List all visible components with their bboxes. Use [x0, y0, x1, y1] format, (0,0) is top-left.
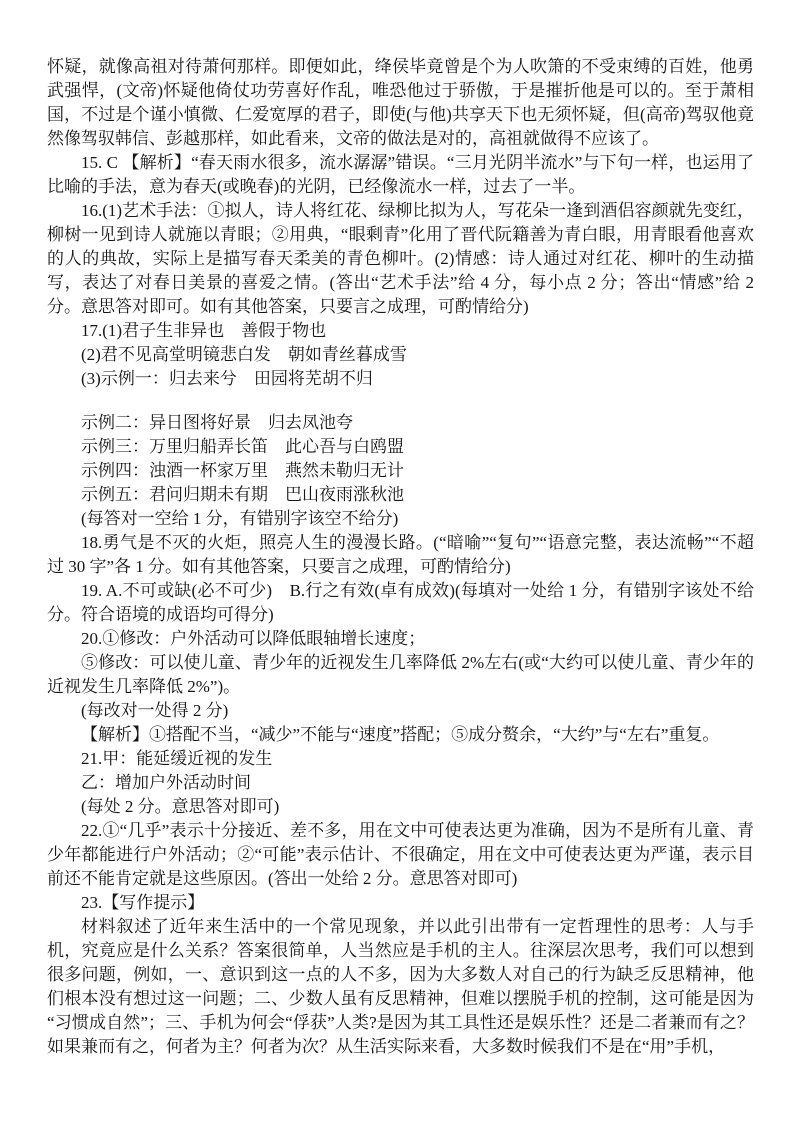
paragraph-answer-17-3-example-1: (3)示例一：归去来兮 田园将芜胡不归 — [47, 367, 754, 391]
paragraph-answer-17-3-example-4: 示例四：浊酒一杯家万里 燕然未勒归无计 — [47, 459, 754, 483]
paragraph-answer-17-3-example-3: 示例三：万里归船弄长笛 此心吾与白鸥盟 — [47, 435, 754, 459]
paragraph-answer-17-1: 17.(1)君子生非异也 善假于物也 — [47, 319, 754, 343]
paragraph-answer-17-2: (2)君不见高堂明镜悲白发 朝如青丝暮成雪 — [47, 343, 754, 367]
paragraph-answer-18: 18.勇气是不灭的火炬，照亮人生的漫漫长路。(“暗喻”“复句”“语意完整，表达流… — [47, 531, 754, 579]
paragraph-answer-20-analysis: 【解析】①搭配不当，“减少”不能与“速度”搭配；⑤成分赘余，“大约”与“左右”重… — [47, 723, 754, 747]
paragraph-answer-17-3-example-5: 示例五：君问归期未有期 巴山夜雨涨秋池 — [47, 483, 754, 507]
paragraph-translation-continuation: 怀疑，就像高祖对待萧何那样。即便如此，绛侯毕竟曾是个为人吹箫的不受束缚的百姓，他… — [47, 55, 754, 151]
paragraph-answer-22: 22.①“几乎”表示十分接近、差不多，用在文中可使表达更为准确，因为不是所有儿童… — [47, 819, 754, 891]
paragraph-answer-16: 16.(1)艺术手法：①拟人，诗人将红花、绿柳比拟为人，写花朵一逢到酒侣容颜就先… — [47, 199, 754, 319]
paragraph-answer-21-yi: 乙：增加户外活动时间 — [47, 771, 754, 795]
paragraph-answer-20-revision-1: 20.①修改：户外活动可以降低眼轴增长速度； — [47, 627, 754, 651]
paragraph-answer-21-scoring-note: (每处 2 分。意思答对即可) — [47, 795, 754, 819]
paragraph-answer-23-writing-hint: 材料叙述了近年来生活中的一个常见现象，并以此引出带有一定哲理性的思考：人与手机，… — [47, 915, 754, 1059]
paragraph-answer-17-3-example-2: 示例二：异日图将好景 归去凤池夸 — [47, 411, 754, 435]
document-page: 怀疑，就像高祖对待萧何那样。即便如此，绛侯毕竟曾是个为人吹箫的不受束缚的百姓，他… — [0, 0, 800, 1131]
paragraph-answer-23-heading: 23.【写作提示】 — [47, 891, 754, 915]
paragraph-answer-20-revision-5: ⑤修改：可以使儿童、青少年的近视发生几率降低 2%左右(或“大约可以使儿童、青少… — [47, 651, 754, 699]
paragraph-answer-20-scoring-note: (每改对一处得 2 分) — [47, 699, 754, 723]
paragraph-answer-17-scoring-note: (每答对一空给 1 分，有错别字该空不给分) — [47, 507, 754, 531]
paragraph-answer-21-jia: 21.甲：能延缓近视的发生 — [47, 747, 754, 771]
paragraph-answer-19: 19. A.不可或缺(必不可少) B.行之有效(卓有成效)(每填对一处给 1 分… — [47, 579, 754, 627]
paragraph-answer-15: 15. C 【解析】“春天雨水很多，流水潺潺”错误。“三月光阴半流水”与下句一样… — [47, 151, 754, 199]
